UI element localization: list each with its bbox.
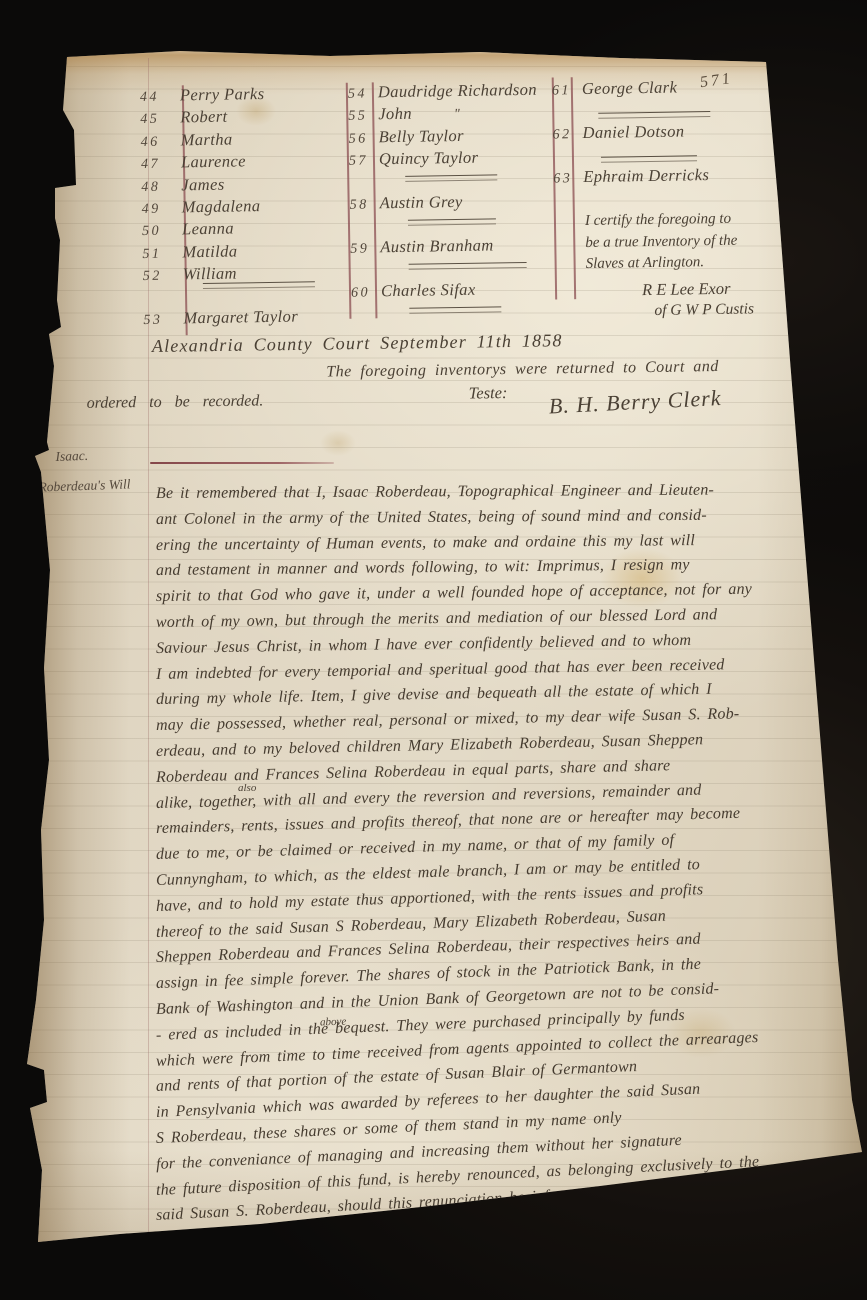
entry-number: 44 <box>140 89 180 106</box>
entry-name: Daudridge Richardson <box>378 80 537 101</box>
entry-number: 57 <box>349 153 379 169</box>
entry-number: 63 <box>553 171 583 187</box>
entry-name: Daniel Dotson <box>582 121 684 142</box>
inventory-entry: 62Daniel Dotson <box>552 120 750 145</box>
entry-name: Quincy Taylor <box>379 148 479 169</box>
inventory-entry: 58Austin Grey <box>350 190 581 216</box>
entry-name: John <box>378 104 412 124</box>
entry-number: 50 <box>142 224 182 241</box>
entry-number: 56 <box>349 131 379 147</box>
entry-name: Perry Parks <box>180 84 265 104</box>
entry-name: Robert <box>180 107 228 127</box>
entry-number: 47 <box>141 157 181 174</box>
inventory-entry: 60Charles Sifax <box>351 278 582 304</box>
ditto-mark: " <box>454 107 460 122</box>
entry-name: Ephraim Derricks <box>583 165 709 186</box>
margin-note-line: Isaac. <box>55 446 130 465</box>
entry-number: 48 <box>141 179 181 196</box>
entry-number: 58 <box>350 197 380 213</box>
inventory-entry: 46Martha <box>140 128 337 153</box>
red-section-divider <box>150 462 334 464</box>
inventory-entry: 61George Clark <box>552 76 750 101</box>
entry-number: 60 <box>351 285 381 301</box>
ink-rule <box>409 306 501 313</box>
inventory-column-3: 61George Clark 62Daniel Dotson 63Ephraim… <box>552 76 752 189</box>
entry-name: William <box>183 264 237 284</box>
entry-number: 59 <box>350 241 380 257</box>
inventory-entry: 59Austin Branham <box>350 234 581 260</box>
entry-name: Belly Taylor <box>378 126 464 146</box>
inventory-entry: 53Margaret Taylor <box>143 305 340 330</box>
entry-name: Matilda <box>182 241 237 261</box>
inventory-entry: 57Quincy Taylor <box>349 146 580 172</box>
entry-number: 52 <box>143 268 183 285</box>
inventory-table: 44Perry Parks 45Robert 46Martha 47Lauren… <box>0 0 867 422</box>
inventory-entry: 51Matilda <box>142 240 339 265</box>
teste-label: Teste: <box>468 383 507 404</box>
entry-number: 62 <box>552 127 582 143</box>
entry-name: Charles Sifax <box>381 280 476 300</box>
interline-insertion-also: also <box>238 782 256 794</box>
entry-number: 51 <box>142 246 182 263</box>
interline-insertion-above: above <box>320 1016 347 1029</box>
inventory-entry: 44Perry Parks <box>140 83 337 108</box>
certification-line: be a true Inventory of the <box>585 230 753 254</box>
entry-name: Austin Branham <box>380 236 494 257</box>
inventory-column-1: 44Perry Parks 45Robert 46Martha 47Lauren… <box>140 83 340 331</box>
entry-number: 55 <box>348 109 378 125</box>
inventory-entry: 47Laurence <box>141 150 338 175</box>
certification-line: Slaves at Arlington. <box>585 251 753 275</box>
manuscript-page: 571 44Perry Parks 45Robert 46Martha 47La… <box>0 0 867 1300</box>
entry-name: James <box>181 174 225 194</box>
entry-number: 53 <box>143 312 183 329</box>
margin-note-line: Roberdeau's Will <box>38 476 131 495</box>
court-line: ordered to be recorded. <box>87 392 264 412</box>
will-text: Be it remembered that I, Isaac Roberdeau… <box>156 481 856 1229</box>
inventory-entry: 49Magdalena <box>142 195 339 220</box>
inventory-entry: 63Ephraim Derricks <box>553 164 751 189</box>
inventory-entry: 45Robert <box>140 105 337 130</box>
entry-name: Austin Grey <box>379 192 462 212</box>
entry-number: 49 <box>142 201 182 218</box>
entry-number: 61 <box>552 83 582 99</box>
entry-name: Martha <box>180 129 232 149</box>
entry-name: George Clark <box>582 78 678 98</box>
entry-number: 54 <box>348 86 378 102</box>
inventory-entry: 50Leanna <box>142 217 339 242</box>
inventory-column-2: 54Daudridge Richardson 55John" 56Belly T… <box>348 79 583 304</box>
entry-number: 45 <box>140 112 180 129</box>
inventory-entry: 48James <box>141 172 338 197</box>
entry-name: Laurence <box>181 152 246 172</box>
entry-name: Leanna <box>182 219 234 239</box>
certification-line: I certify the foregoing to <box>585 208 753 232</box>
entry-number: 46 <box>141 134 181 151</box>
paper-stain <box>320 430 356 456</box>
lee-signature: R E Lee Exor <box>642 277 754 300</box>
certification: I certify the foregoing to be a true Inv… <box>585 208 754 322</box>
margin-note: Isaac. Roberdeau's Will <box>37 446 131 495</box>
entry-name: Margaret Taylor <box>183 306 298 327</box>
entry-name: Magdalena <box>182 196 261 216</box>
custis-attribution: of G W P Custis <box>654 298 754 321</box>
